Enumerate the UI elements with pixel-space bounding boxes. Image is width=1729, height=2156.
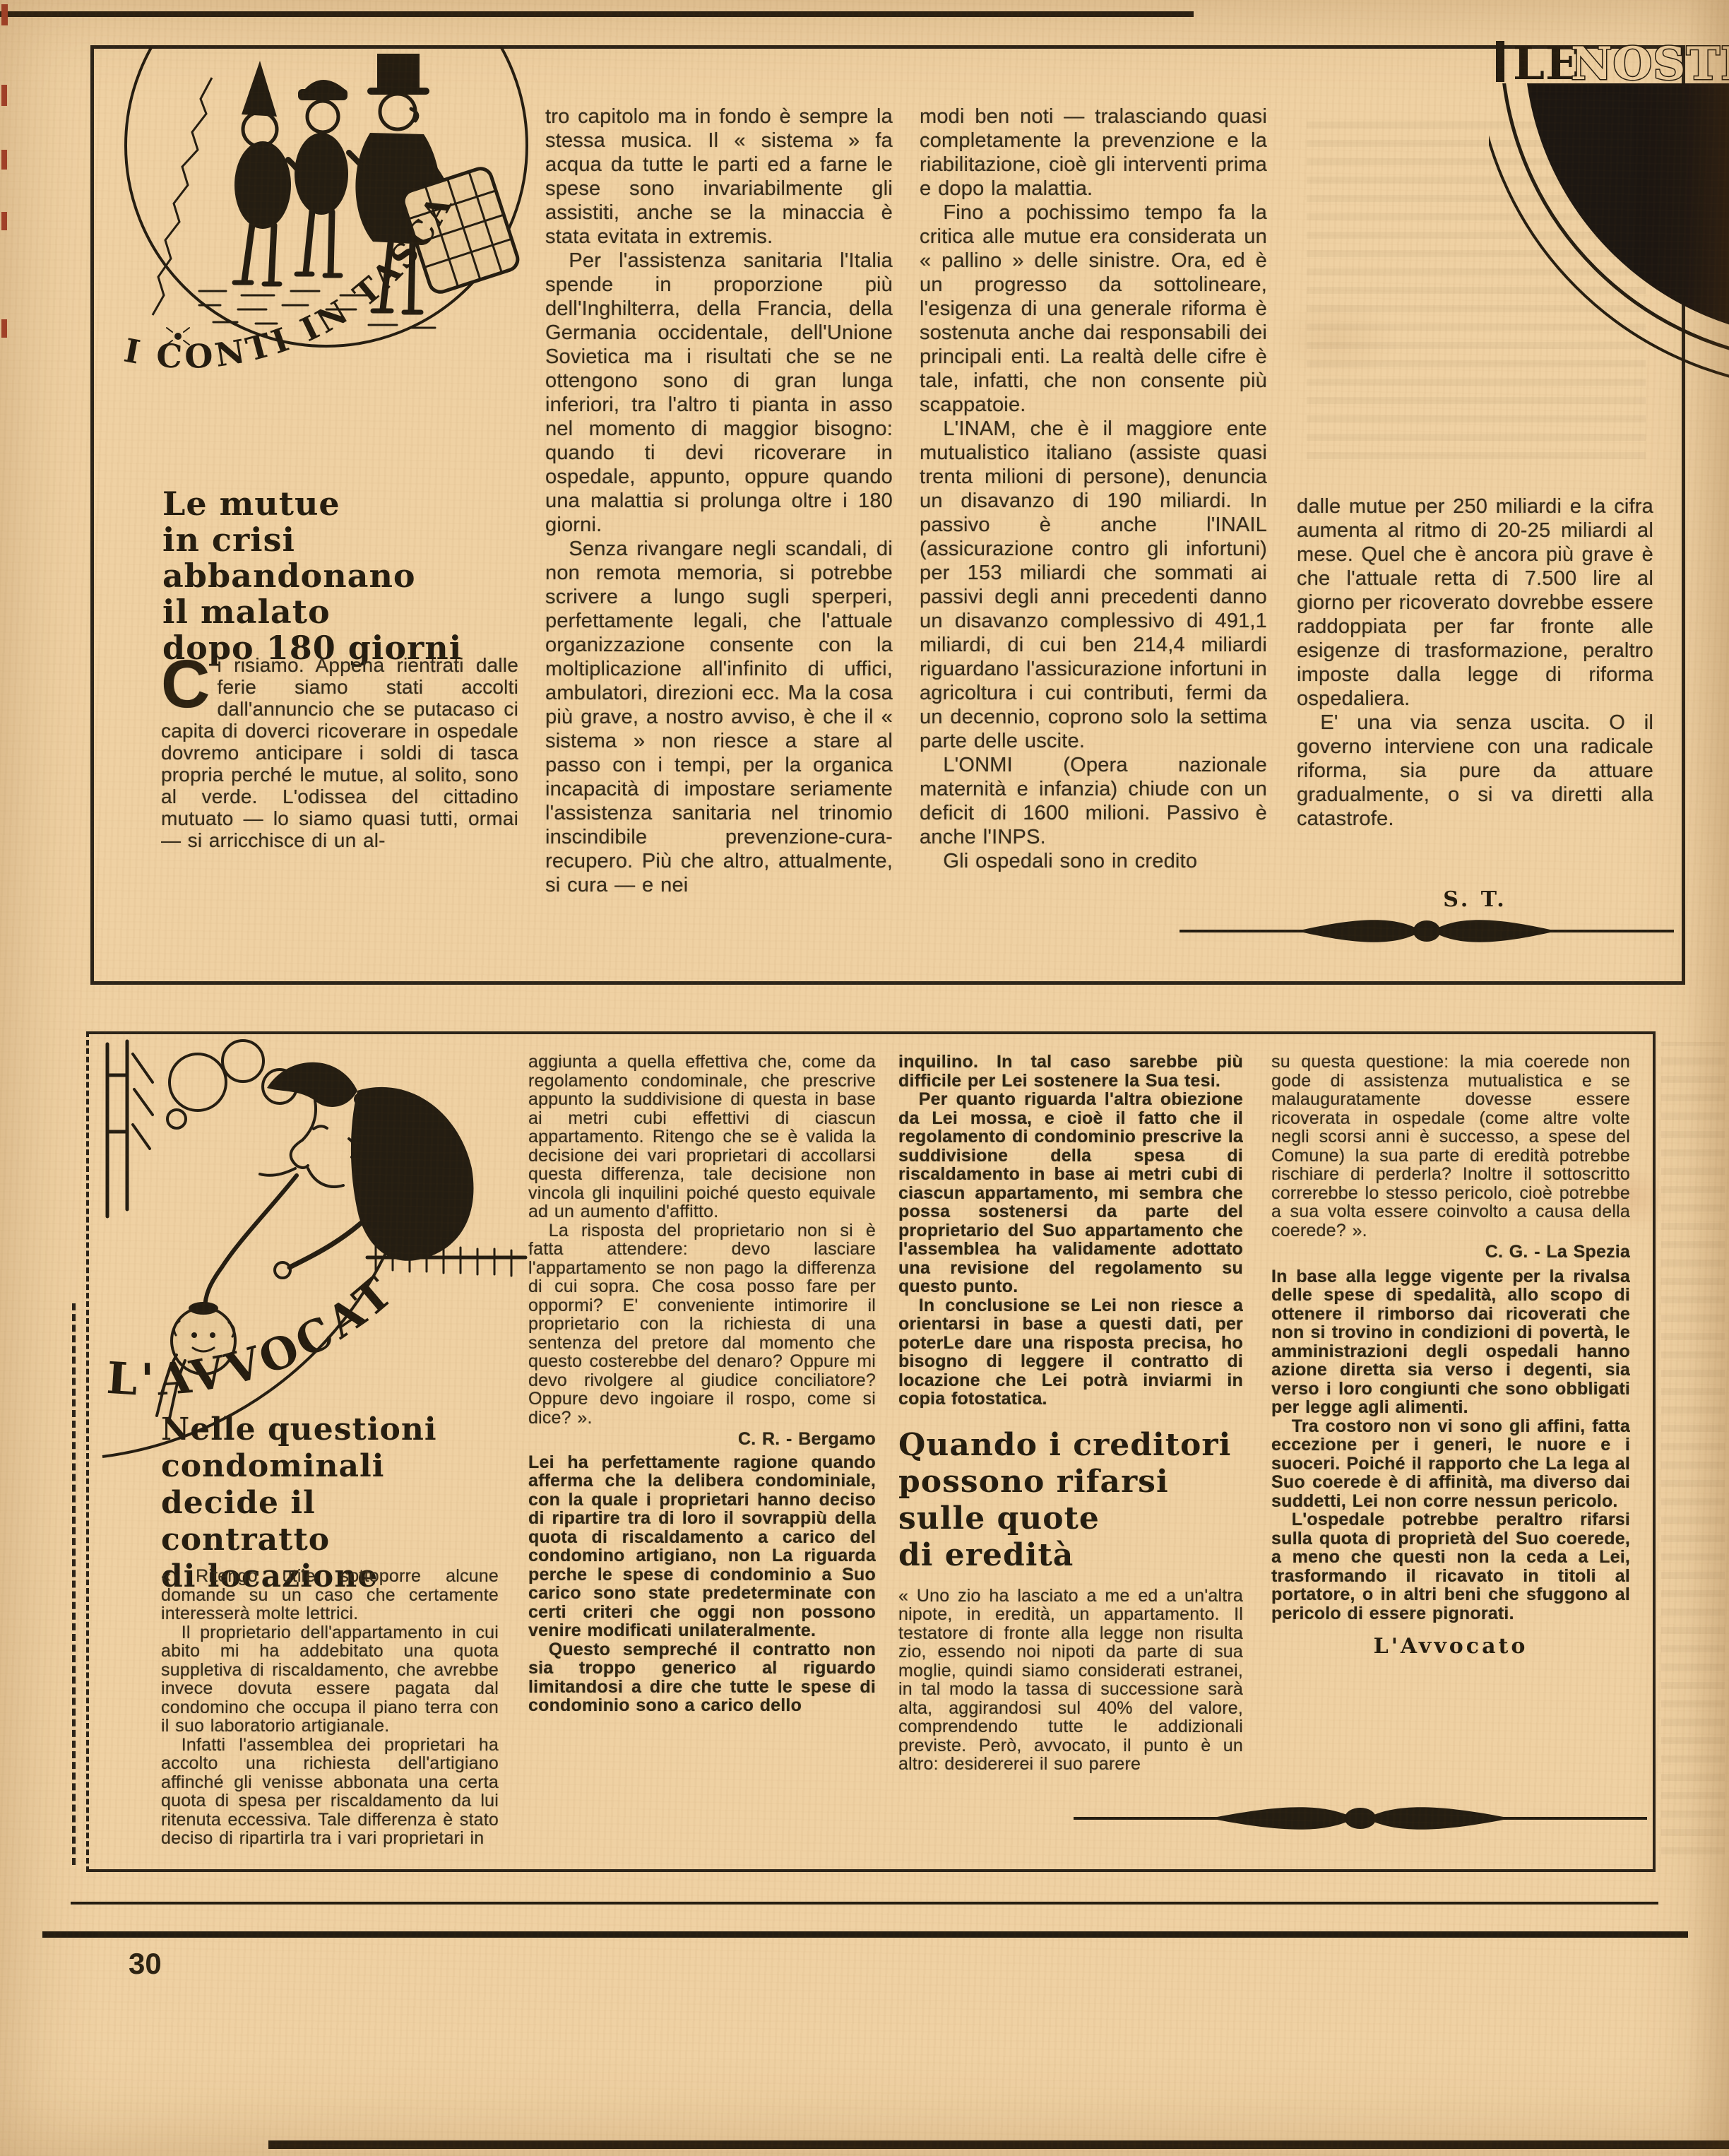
torn-edge-zigzag [153,78,212,315]
avvocato-medallion: L'AVVOCATO [90,1033,542,1485]
article2-column-4: su questa questione: la mia coerede non … [1271,1053,1630,1862]
paragraph: decide il contratto [161,1485,496,1558]
paragraph: La risposta del proprietario non si è fa… [528,1221,876,1428]
paragraph: L'ONMI (Opera nazionale maternità e infa… [920,753,1267,849]
edge-mark [1,212,7,230]
paragraph: aggiunta a quella effettiva che, come da… [528,1053,876,1221]
magazine-page: { "page": { "number": "30" }, "masthead"… [0,0,1729,2156]
bottom-thin-rule [71,1902,1658,1905]
edge-mark [1,4,8,25]
bottom-edge-rule [268,2140,1729,2149]
print-bleed-ghost [1661,1042,1725,1854]
masthead-word-outline: NOSTRE [1571,37,1729,90]
paragraph: il malato [162,594,496,630]
masthead-tick [1496,41,1504,82]
paragraph: abbandonano [162,558,496,594]
edge-mark [1,150,7,170]
paragraph: In base alla legge vigente per la rivals… [1271,1267,1630,1417]
paragraph: Per l'assistenza sanitaria l'Italia spen… [545,249,893,537]
letter-signature: C. G. - La Spezia [1271,1243,1630,1262]
letter-signature: C. R. - Bergamo [528,1430,876,1449]
paragraph: inquilino. In tal caso sarebbe più diffi… [898,1053,1243,1090]
paragraph: modi ben noti — tralasciando quasi compl… [920,105,1267,201]
paragraph: Senza rivangare negli scandali, di non r… [545,537,893,897]
paragraph: tro capitolo ma in fondo è sempre la ste… [545,105,893,249]
paragraph: in crisi [162,522,496,558]
article2-column-2: aggiunta a quella effettiva che, come da… [528,1053,876,1715]
letter-text: « Uno zio ha lasciato a me ed a un'altra… [898,1587,1243,1774]
paragraph: Gli ospedali sono in credito [920,849,1267,873]
drop-cap: C [161,654,218,711]
bottom-thick-rule [42,1931,1688,1938]
reply-text: In base alla legge vigente per la rivals… [1271,1267,1630,1623]
conti-in-tasca-medallion: I CONTI IN TASCA [93,47,545,442]
paragraph: su questa questione: la mia coerede non … [1271,1053,1630,1240]
article2-column-3: inquilino. In tal caso sarebbe più diffi… [898,1053,1243,1862]
paragraph: dalle mutue per 250 miliardi e la cifra … [1297,494,1653,711]
paragraph: di eredità [898,1537,1243,1574]
article1-column-4: dalle mutue per 250 miliardi e la cifra … [1297,494,1653,912]
paragraph: E' una via senza uscita. O il governo in… [1297,711,1653,831]
article1-column-3: modi ben noti — tralasciando quasi compl… [920,105,1267,971]
paragraph: « Uno zio ha lasciato a me ed a un'altra… [898,1587,1243,1774]
letter-text: aggiunta a quella effettiva che, come da… [528,1053,876,1427]
article2-closing-signature: L'Avvocato [1271,1634,1630,1659]
paragraph: possono rifarsi [898,1464,1243,1500]
paragraph: L'ospedale potrebbe peraltro rifarsi sul… [1271,1510,1630,1623]
article1-signature: S. T. [1297,887,1653,912]
divider-flourish [1180,913,1674,949]
outer-dashed-rule [72,1303,76,1865]
article1-title: Le mutuein crisiabbandonanoil malatodopo… [162,486,496,666]
paragraph: Questo sempreché il contratto non sia tr… [528,1640,876,1715]
paragraph: Per quanto riguarda l'altra obiezione da… [898,1090,1243,1296]
page-number: 30 [129,1947,162,1981]
article1-column-2: tro capitolo ma in fondo è sempre la ste… [545,105,893,971]
article2-heading-2: Quando i creditoripossono rifarsisulle q… [898,1427,1243,1574]
rubric-arc-label: L'AVVOCATO [90,1033,405,1406]
masthead-corner: LE NOSTRE [1489,0,1729,396]
edge-mark [1,85,7,106]
paragraph: sulle quote [898,1500,1243,1537]
paragraph: Tra costoro non vi sono gli affini, fatt… [1271,1417,1630,1511]
letter-text: su questa questione: la mia coerede non … [1271,1053,1630,1240]
paragraph: In conclusione se Lei non riesce a orien… [898,1296,1243,1409]
paragraph: Il proprietario dell'appartamento in cui… [161,1623,499,1736]
paragraph: Quando i creditori [898,1427,1243,1464]
top-rule [0,11,1194,17]
article2-column-1: « Ritengo utile sottoporre alcune domand… [161,1567,499,1862]
paragraph: L'INAM, che è il maggiore ente mutualist… [920,417,1267,753]
paragraph: Infatti l'assemblea dei proprietari ha a… [161,1736,499,1848]
article1-lead: Ci risiamo. Appena rientrati dalle ferie… [161,654,518,887]
paragraph: Le mutue [162,486,496,522]
reply-text: Lei ha perfettamente ragione quando affe… [528,1453,876,1715]
article1-column-4-text: dalle mutue per 250 miliardi e la cifra … [1297,494,1653,876]
edge-mark [1,319,7,338]
divider-flourish [1074,1800,1647,1837]
paragraph: « Ritengo utile sottoporre alcune domand… [161,1567,499,1623]
paragraph: Fino a pochissimo tempo fa la critica al… [920,201,1267,417]
reply-text: inquilino. In tal caso sarebbe più diffi… [898,1053,1243,1409]
paragraph: Lei ha perfettamente ragione quando affe… [528,1453,876,1640]
